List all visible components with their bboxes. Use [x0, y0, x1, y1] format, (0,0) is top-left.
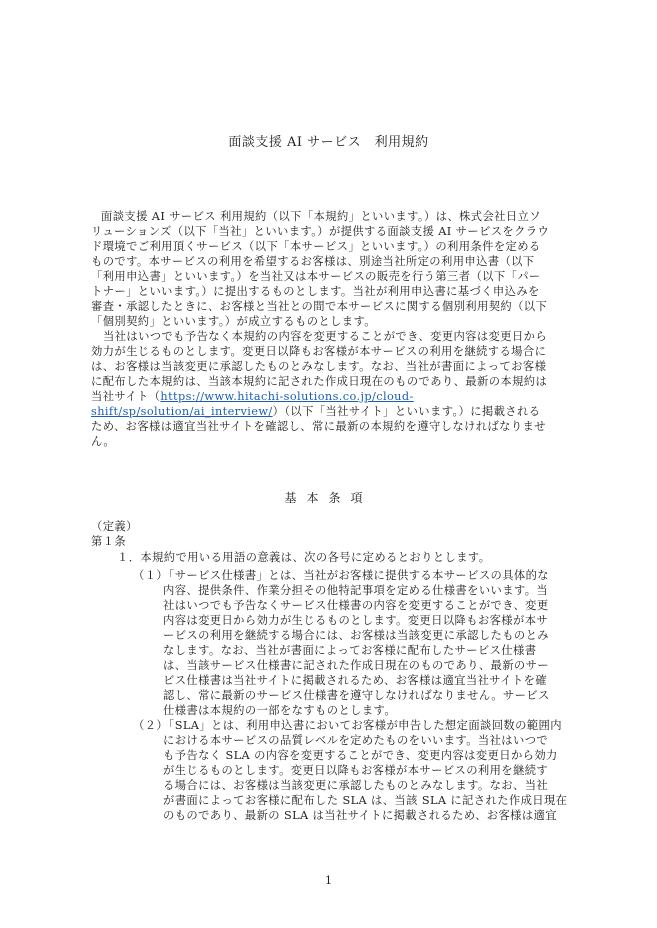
item-line: における本サービスの品質レベルを定めたものをいいます。当社はいつで [163, 733, 548, 748]
preamble-line: ため、お客様は適宜当社サイトを確認し、常に最新の本規約を遵守しなければなりませ [91, 419, 546, 434]
site-prefix: 当社サイト（ [91, 390, 160, 403]
item-line: が生じるものとします。変更日以降もお客様が本サービスの利用を継続す [163, 763, 548, 778]
item-line: は、当該サービス仕様書に記された作成日現在のものであり、最新のサー [163, 658, 549, 673]
article-number: 第１条 [91, 534, 126, 549]
preamble-line: リューションズ（以下「当社」といいます。）が提供する面談支援 AI サービスをク… [91, 224, 549, 239]
item-line: 社はいつでも予告なくサービス仕様書の内容を変更することができ、変更 [163, 598, 549, 613]
item-line: が書面によってお客様に配布した SLA は、当該 SLA に記された作成日現在 [163, 793, 567, 808]
clause-1: １．本規約で用いる用語の意義は、次の各号に定めるとおりとします。 [117, 550, 490, 565]
item-line: 内容、提供条件、作業分担その他特記事項を定める仕様書をいいます。当 [163, 583, 548, 598]
preamble-line: トナー」といいます。）に提出するものとします。当社が利用申込書に基づく申込みを [91, 284, 540, 299]
preamble-line: 「利用申込書」といいます。）を当社又は本サービスの販売を行う第三者（以下「パー [91, 269, 541, 284]
site-link[interactable]: https://www.hitachi-solutions.co.jp/clou… [160, 390, 413, 403]
site-suffix: ）（以下「当社サイト」といいます。）に掲載される [273, 405, 541, 418]
section-heading: 基本条項 [0, 489, 657, 506]
item-line: 「サービス仕様書」とは、当社がお客様に提供する本サービスの具体的な [163, 568, 549, 583]
page-number: 1 [0, 874, 657, 887]
item-line: 仕様書は本規約の一部をなすものとします。 [163, 703, 396, 718]
document-title: 面談支援 AI サービス 利用規約 [0, 131, 657, 150]
preamble-line: 効力が生じるものとします。変更日以降もお客様が本サービスの利用を継続する場合に [91, 344, 546, 359]
item-line: も予告なく SLA の内容を変更することができ、変更内容は変更日から効力 [163, 748, 558, 763]
document-page: 面談支援 AI サービス 利用規約 面談支援 AI サービス 利用規約（以下「本… [0, 0, 657, 928]
preamble-line: 「個別契約」といいます。）が成立するものとします。 [91, 314, 376, 329]
preamble-line: ド環境でご利用頂くサービス（以下「本サービス」といいます。）の利用条件を定める [91, 239, 541, 254]
item-line: 「SLA」とは、利用申込書においてお客様が申告した想定面談回数の範囲内 [163, 718, 562, 733]
article-caption: （定義） [91, 519, 138, 534]
preamble-line: 面談支援 AI サービス 利用規約（以下「本規約」といいます。）は、株式会社日立… [101, 209, 541, 224]
preamble-line: 当社はいつでも予告なく本規約の内容を変更することができ、変更内容は変更日から [103, 329, 547, 344]
item-line: る場合には、お客様は当該変更に承認したものとみなします。なお、当社 [163, 778, 548, 793]
item-line: ービスの利用を継続する場合には、お客様は当該変更に承認したものとみ [163, 628, 549, 643]
preamble-line: ものです。本サービスの利用を希望するお客様は、別途当社所定の利用申込書（以下 [91, 254, 535, 269]
preamble-line: ん。 [91, 434, 115, 449]
site-link[interactable]: shift/sp/solution/ai_interview/ [91, 405, 273, 418]
item-line: 内容は変更日から効力が生じるものとします。変更日以降もお客様が本サ [163, 613, 548, 628]
preamble-line: に配布した本規約は、当該本規約に記された作成日現在のものであり、最新の本規約は [91, 374, 547, 389]
item-line: なします。なお、当社が書面によってお客様に配布したサービス仕様書 [163, 643, 536, 658]
preamble-line: 審査・承認したときに、お客様と当社との間で本サービスに関する個別利用契約（以下 [91, 299, 547, 314]
preamble-site-line: shift/sp/solution/ai_interview/）（以下「当社サイ… [91, 404, 540, 419]
preamble-line: は、お客様は当該変更に承認したものとみなします。なお、当社が書面によってお客様 [91, 359, 546, 374]
item-line: 認し、常に最新のサービス仕様書を遵守しなければなりません。サービス [163, 688, 550, 703]
item-line: ビス仕様書は当社サイトに掲載されるため、お客様は適宜当社サイトを確 [163, 673, 547, 688]
item-line: のものであり、最新の SLA は当社サイトに掲載されるため、お客様は適宜 [163, 808, 557, 823]
preamble-site-line: 当社サイト（https://www.hitachi-solutions.co.j… [91, 389, 414, 404]
